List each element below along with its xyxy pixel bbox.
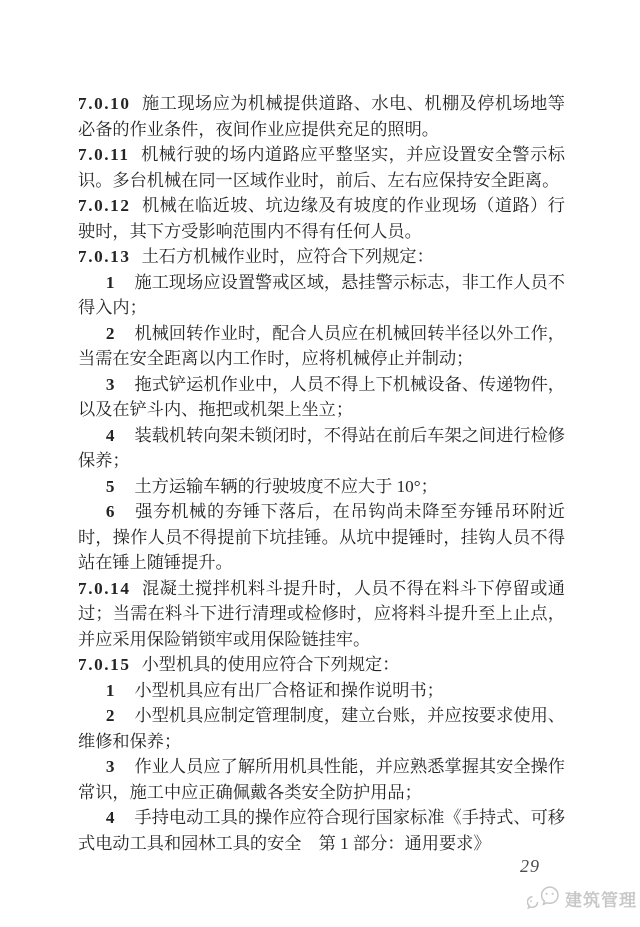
item-text: 施工现场应设置警戒区域，悬挂警示标志，非工作人员不得入内； [78, 273, 565, 318]
item-text: 强夯机械的夯锤下落后，在吊钩尚未降至夯锤吊环附近时，操作人员不得提前下坑挂锤。从… [78, 502, 565, 572]
item-number: 5 [106, 477, 115, 496]
clause-number: 7.0.15 [78, 655, 131, 674]
item-number: 2 [106, 324, 115, 343]
clause-text: 机械行驶的场内道路应平整坚实，并应设置安全警示标识。多台机械在同一区域作业时，前… [78, 145, 565, 190]
watermark: 建筑管理 [527, 885, 637, 912]
item-number: 4 [106, 808, 115, 827]
clause-number: 7.0.14 [78, 579, 131, 598]
list-item-1: 1小型机具应有出厂合格证和操作说明书； [78, 678, 565, 704]
document-body: 7.0.10施工现场应为机械提供道路、水电、机棚及停机场地等必备的作业条件，夜间… [78, 91, 565, 856]
clause-7-0-11: 7.0.11机械行驶的场内道路应平整坚实，并应设置安全警示标识。多台机械在同一区… [78, 142, 565, 193]
item-text: 机械回转作业时，配合人员应在机械回转半径以外工作，当需在安全距离以内工作时，应将… [78, 324, 565, 369]
clause-7-0-15: 7.0.15小型机具的使用应符合下列规定： [78, 652, 565, 678]
list-item-4: 4装载机转向架未锁闭时，不得站在前后车架之间进行检修保养； [78, 423, 565, 474]
list-item-6: 6强夯机械的夯锤下落后，在吊钩尚未降至夯锤吊环附近时，操作人员不得提前下坑挂锤。… [78, 499, 565, 576]
item-text: 装载机转向架未锁闭时，不得站在前后车架之间进行检修保养； [78, 426, 565, 471]
clause-text: 施工现场应为机械提供道路、水电、机棚及停机场地等必备的作业条件，夜间作业应提供充… [78, 94, 565, 139]
clause-number: 7.0.10 [78, 94, 131, 113]
watermark-label: 建筑管理 [565, 886, 637, 911]
clause-number: 7.0.11 [78, 145, 130, 164]
clause-text: 机械在临近坡、坑边缘及有坡度的作业现场（道路）行驶时，其下方受影响范围内不得有任… [78, 196, 565, 241]
list-item-2: 2机械回转作业时，配合人员应在机械回转半径以外工作，当需在安全距离以内工作时，应… [78, 321, 565, 372]
item-text: 小型机具应有出厂合格证和操作说明书； [134, 681, 443, 700]
list-item-3: 3作业人员应了解所用机具性能，并应熟悉掌握其安全操作常识，施工中应正确佩戴各类安… [78, 754, 565, 805]
clause-text: 小型机具的使用应符合下列规定： [142, 655, 400, 674]
clause-7-0-12: 7.0.12机械在临近坡、坑边缘及有坡度的作业现场（道路）行驶时，其下方受影响范… [78, 193, 565, 244]
clause-number: 7.0.13 [78, 247, 131, 266]
list-item-2: 2小型机具应制定管理制度，建立台账，并应按要求使用、维修和保养； [78, 703, 565, 754]
item-number: 3 [106, 757, 115, 776]
clause-text: 土石方机械作业时，应符合下列规定： [142, 247, 434, 266]
clause-7-0-13: 7.0.13土石方机械作业时，应符合下列规定： [78, 244, 565, 270]
item-text: 作业人员应了解所用机具性能，并应熟悉掌握其安全操作常识，施工中应正确佩戴各类安全… [78, 757, 565, 802]
clause-text: 混凝土搅拌机料斗提升时，人员不得在料斗下停留或通过；当需在料斗下进行清理或检修时… [78, 579, 565, 649]
item-number: 6 [106, 502, 115, 521]
item-number: 3 [106, 375, 115, 394]
clause-7-0-14: 7.0.14混凝土搅拌机料斗提升时，人员不得在料斗下停留或通过；当需在料斗下进行… [78, 576, 565, 653]
item-text: 土方运输车辆的行驶坡度不应大于 10°； [134, 477, 437, 496]
list-item-1: 1施工现场应设置警戒区域，悬挂警示标志，非工作人员不得入内； [78, 270, 565, 321]
list-item-5: 5土方运输车辆的行驶坡度不应大于 10°； [78, 474, 565, 500]
clause-number: 7.0.12 [78, 196, 131, 215]
clause-7-0-10: 7.0.10施工现场应为机械提供道路、水电、机棚及停机场地等必备的作业条件，夜间… [78, 91, 565, 142]
document-page: 7.0.10施工现场应为机械提供道路、水电、机棚及停机场地等必备的作业条件，夜间… [0, 0, 640, 927]
item-number: 1 [106, 681, 115, 700]
item-text: 手持电动工具的操作应符合现行国家标准《手持式、可移式电动工具和园林工具的安全 第… [78, 808, 565, 853]
wechat-icon [527, 885, 560, 912]
list-item-4: 4手持电动工具的操作应符合现行国家标准《手持式、可移式电动工具和园林工具的安全 … [78, 805, 565, 856]
item-number: 4 [106, 426, 115, 445]
item-text: 拖式铲运机作业中，人员不得上下机械设备、传递物件，以及在铲斗内、拖把或机架上坐立… [78, 375, 565, 420]
item-number: 2 [106, 706, 115, 725]
item-text: 小型机具应制定管理制度，建立台账，并应按要求使用、维修和保养； [78, 706, 565, 751]
list-item-3: 3拖式铲运机作业中，人员不得上下机械设备、传递物件，以及在铲斗内、拖把或机架上坐… [78, 372, 565, 423]
page-number: 29 [520, 856, 540, 877]
item-number: 1 [106, 273, 115, 292]
